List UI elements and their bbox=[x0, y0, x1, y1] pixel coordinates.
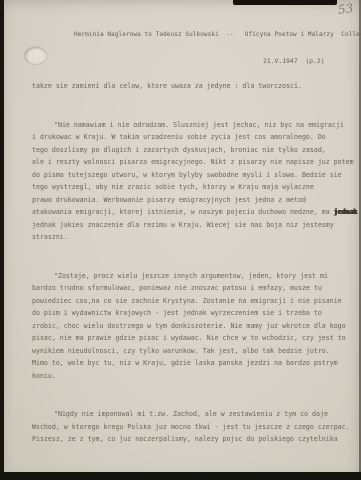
paragraph: "Nigdy nie imponowal mi t.zw. Zachod, al… bbox=[32, 408, 359, 446]
typed-line: pisac, nie ma prawie gdzie pisac i wydaw… bbox=[32, 332, 359, 345]
typed-line: "Nigdy nie imponowal mi t.zw. Zachod, al… bbox=[32, 408, 359, 421]
typed-line: do pism i wydawnictw krajowych - jest je… bbox=[32, 307, 359, 320]
typed-line: prawo drukowania. Werbowanie pisarzy emi… bbox=[32, 194, 359, 207]
page-number-annotation: 53 bbox=[337, 1, 354, 17]
typed-line: tego wystrzegl, aby nie zrazic sobie tyc… bbox=[32, 181, 359, 194]
scan-edge-left bbox=[0, 0, 4, 480]
typed-line: Mimo to, wole byc tu, niz w Kraju, gdzie… bbox=[32, 357, 359, 370]
scanned-letter-page: 53 Herminia Naglerowa to Tadeusz Sulkows… bbox=[0, 0, 361, 480]
date-line: 21.V.1947 (p.2) bbox=[263, 57, 325, 65]
typed-line: bardzo trudno sformulowac, poniewaz nie … bbox=[32, 282, 359, 295]
typed-line: tego doszlismy po dlugich i zazartych dy… bbox=[32, 144, 359, 157]
typed-line: i drukowac w Kraju. W takim urzadzeniu s… bbox=[32, 131, 359, 144]
typed-line: ale i reszty wolnosci pisarza emigracyjn… bbox=[32, 156, 359, 169]
typed-line: powiedziec cos,na co sie zachnie Krystyn… bbox=[32, 295, 359, 308]
paragraph: "Nie namawiam i nie odradzam. Sluszniej … bbox=[32, 119, 359, 244]
typed-line: zrobic, choc wielu dostrzega w tym donki… bbox=[32, 320, 359, 333]
overstruck-word: jednak bbox=[334, 208, 358, 216]
typed-line: straszni. bbox=[32, 231, 359, 244]
typed-line: Wschod, w ktorego kregu Polska juz mocno… bbox=[32, 421, 359, 434]
letter-body: takze sie zamieni dla celow, ktore uwaza… bbox=[32, 80, 359, 472]
scan-edge-bottom bbox=[0, 472, 361, 480]
typed-line: "Nie namawiam i nie odradzam. Sluszniej … bbox=[32, 119, 359, 132]
scan-edge-top bbox=[233, 0, 337, 5]
paragraph: "Zostaje, procz wielu jeszcze innych arg… bbox=[32, 270, 359, 383]
typed-line: atakowania emigracji, ktorej istnienie, … bbox=[32, 206, 359, 219]
paragraph: takze sie zamieni dla celow, ktore uwaza… bbox=[32, 80, 359, 93]
typed-line: Piszesz, ze z tym, co juz naczerpalismy,… bbox=[32, 433, 359, 446]
punch-hole bbox=[24, 46, 47, 65]
typed-line: koniu. bbox=[32, 370, 359, 383]
typed-line: do pisma tutejszego utworu, w ktorym byl… bbox=[32, 169, 359, 182]
collection-header: Herminia Naglerowa to Tadeusz Sulkowski … bbox=[74, 31, 359, 38]
typed-line: "Zostaje, procz wielu jeszcze innych arg… bbox=[32, 270, 359, 283]
typed-line: jednak jakies znaczenie dla rezimu w Kra… bbox=[32, 219, 359, 232]
typed-line-text: atakowania emigracji, ktorej istnienie, … bbox=[32, 208, 334, 216]
typed-line: takze sie zamieni dla celow, ktore uwaza… bbox=[32, 80, 359, 93]
typed-line: wynikiem nieudolnosci, czy tylko warunko… bbox=[32, 345, 359, 358]
